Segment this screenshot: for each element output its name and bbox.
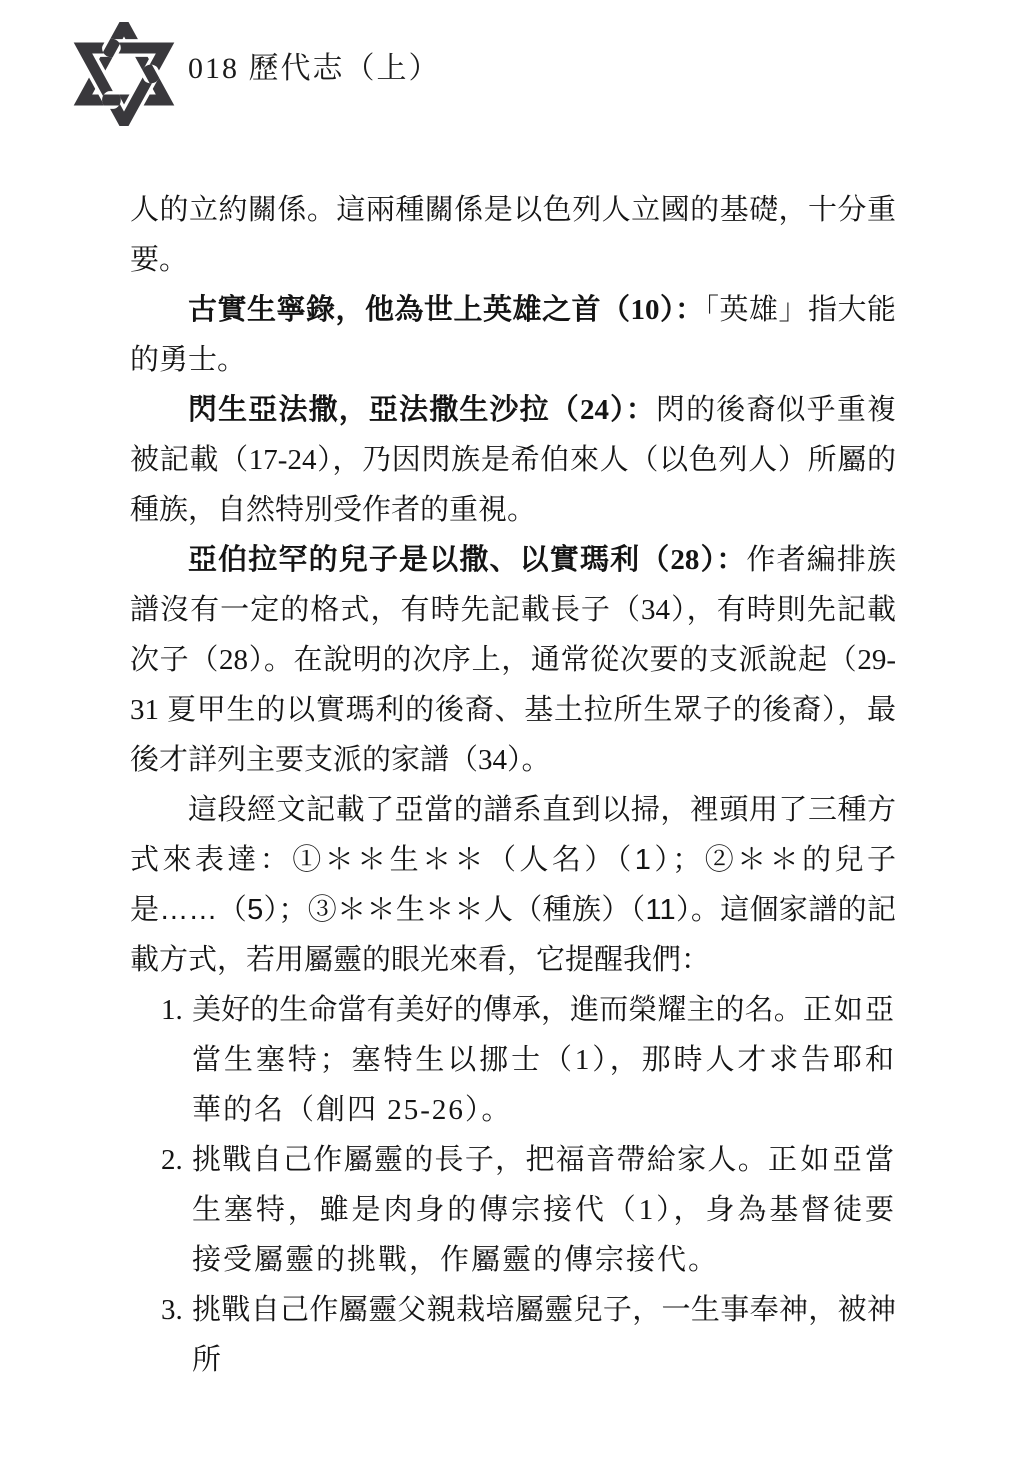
star-of-david-icon xyxy=(72,22,176,126)
list-item-number: 1. xyxy=(161,985,192,1135)
list-item-body: 挑戰自己作屬靈父親栽培屬靈兒子，一生事奉神，被神所 xyxy=(192,1285,896,1385)
verse-lead-in: 亞伯拉罕的兒子是以撒、以實瑪利（28）： xyxy=(188,544,746,576)
paragraph-text: 這段經文記載了亞當的譜系直到以掃，裡頭用了三種方式來表達：①＊＊生＊＊（人名）（… xyxy=(130,794,896,976)
list-item-2: 2. 挑戰自己作屬靈的長子，把福音帶給家人。正如亞當生塞特，雖是肉身的傳宗接代（… xyxy=(161,1135,896,1285)
page-header-title: 018 歷代志（上） xyxy=(188,43,441,105)
list-item-1: 1. 美好的生命當有美好的傳承，進而榮耀主的名。正如亞當生塞特；塞特生以挪士（1… xyxy=(161,985,896,1135)
list-item-3: 3. 挑戰自己作屬靈父親栽培屬靈兒子，一生事奉神，被神所 xyxy=(161,1285,896,1385)
list-item-main: 美好的生命當有美好的傳承，進而榮耀主的名。 xyxy=(192,994,803,1026)
list-item-body: 挑戰自己作屬靈的長子，把福音帶給家人。正如亞當生塞特，雖是肉身的傳宗接代（1），… xyxy=(192,1135,896,1285)
verse-lead-in: 閃生亞法撒，亞法撒生沙拉（24）： xyxy=(188,394,656,426)
commentary-paragraph-abraham: 亞伯拉罕的兒子是以撒、以實瑪利（28）：作者編排族譜沒有一定的格式，有時先記載長… xyxy=(130,535,896,785)
paragraph-text: 作者編排族譜沒有一定的格式，有時先記載長子（34），有時則先記載次子（28）。在… xyxy=(130,544,896,776)
page-header: 018 歷代志（上） xyxy=(72,22,441,126)
list-item-body: 美好的生命當有美好的傳承，進而榮耀主的名。正如亞當生塞特；塞特生以挪士（1），那… xyxy=(192,985,896,1135)
commentary-paragraph-cush: 古實生寧錄，他為世上英雄之首（10）：「英雄」指大能的勇士。 xyxy=(130,285,896,385)
list-item-number: 3. xyxy=(161,1285,192,1385)
list-item-main: 挑戰自己作屬靈父親栽培屬靈兒子，一生事奉神，被神所 xyxy=(192,1294,896,1376)
list-item-number: 2. xyxy=(161,1135,192,1285)
reminder-list: 1. 美好的生命當有美好的傳承，進而榮耀主的名。正如亞當生塞特；塞特生以挪士（1… xyxy=(130,985,896,1385)
application-paragraph: 這段經文記載了亞當的譜系直到以掃，裡頭用了三種方式來表達：①＊＊生＊＊（人名）（… xyxy=(130,785,896,985)
verse-lead-in: 古實生寧錄，他為世上英雄之首（10）： xyxy=(188,294,704,326)
list-item-main: 挑戰自己作屬靈的長子，把福音帶給家人。 xyxy=(192,1144,768,1176)
page-body: 人的立約關係。這兩種關係是以色列人立國的基礎，十分重要。 古實生寧錄，他為世上英… xyxy=(130,185,896,1385)
commentary-paragraph-shem: 閃生亞法撒，亞法撒生沙拉（24）：閃的後裔似乎重複被記載（17-24），乃因閃族… xyxy=(130,385,896,535)
paragraph-text: 人的立約關係。這兩種關係是以色列人立國的基礎，十分重要。 xyxy=(130,194,896,276)
paragraph-continuation: 人的立約關係。這兩種關係是以色列人立國的基礎，十分重要。 xyxy=(130,185,896,285)
